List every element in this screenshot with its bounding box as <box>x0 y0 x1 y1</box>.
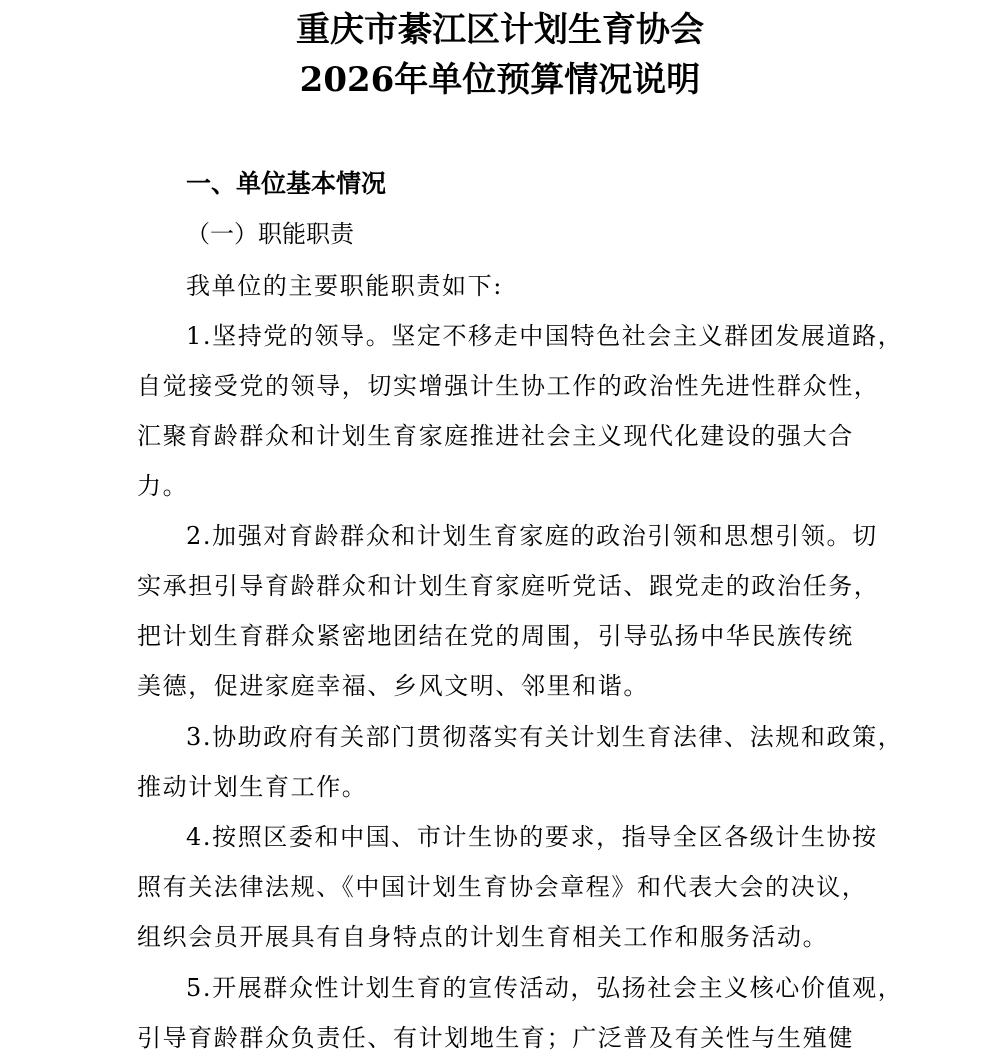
duty-item-1-line-4: 力。 <box>137 470 188 502</box>
duty-item-2-line-2: 实承担引导育龄群众和计划生育家庭听党话、跟党走的政治任务， <box>137 570 879 602</box>
subsection-heading-duties: （一）职能职责 <box>186 218 354 250</box>
duty-item-2-line-3: 把计划生育群众紧密地团结在党的周围，引导弘扬中华民族传统 <box>137 620 854 652</box>
document-title-line2: 2026年单位预算情况说明 <box>0 60 1000 100</box>
duty-item-3-line-1: 3.协助政府有关部门贯彻落实有关计划生育法律、法规和政策， <box>186 721 903 753</box>
duty-item-2-line-4: 美德，促进家庭幸福、乡风文明、邻里和谐。 <box>137 670 649 702</box>
duty-item-1-line-2: 自觉接受党的领导，切实增强计生协工作的政治性先进性群众性， <box>137 370 879 402</box>
duty-item-1-line-1: 1.坚持党的领导。坚定不移走中国特色社会主义群团发展道路， <box>186 320 903 352</box>
duty-item-3-line-2: 推动计划生育工作。 <box>137 771 367 803</box>
duty-item-1-line-3: 汇聚育龄群众和计划生育家庭推进社会主义现代化建设的强大合 <box>137 420 854 452</box>
duty-item-4-line-1: 4.按照区委和中国、市计生协的要求，指导全区各级计生协按 <box>186 821 878 853</box>
duty-item-5-line-2: 引导育龄群众负责任、有计划地生育；广泛普及有关性与生殖健 <box>137 1022 854 1054</box>
document-page: 重庆市綦江区计划生育协会 2026年单位预算情况说明 一、单位基本情况 （一）职… <box>0 0 1000 1063</box>
duty-item-4-line-3: 组织会员开展具有自身特点的计划生育相关工作和服务活动。 <box>137 921 828 953</box>
duties-intro: 我单位的主要职能职责如下: <box>186 270 503 302</box>
duty-item-2-line-1: 2.加强对育龄群众和计划生育家庭的政治引领和思想引领。切 <box>186 520 878 552</box>
duty-item-4-line-2: 照有关法律法规、《中国计划生育协会章程》和代表大会的决议， <box>137 871 867 903</box>
section-heading-basic-info: 一、单位基本情况 <box>186 168 386 200</box>
duty-item-5-line-1: 5.开展群众性计划生育的宣传活动，弘扬社会主义核心价值观， <box>186 972 903 1004</box>
document-title-line1: 重庆市綦江区计划生育协会 <box>0 10 1000 50</box>
